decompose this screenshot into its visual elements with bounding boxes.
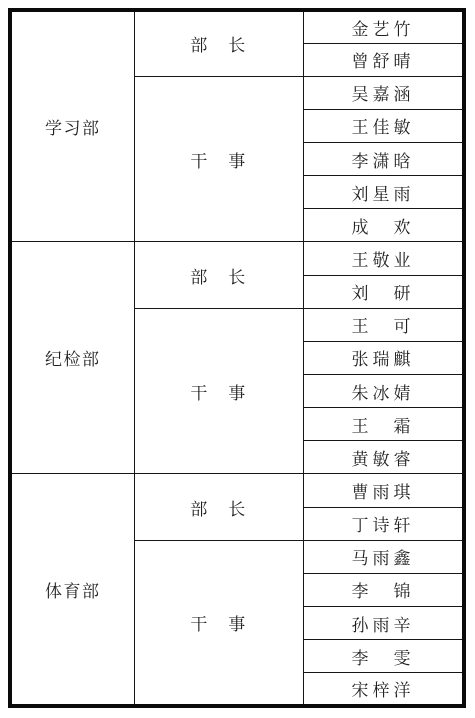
member-cell: 丁诗轩: [304, 507, 464, 540]
member-cell: 马雨鑫: [304, 540, 464, 573]
member-cell: 曾舒晴: [304, 43, 464, 76]
member-cell: 张瑞麒: [304, 341, 464, 374]
member-cell: 宋梓洋: [304, 673, 464, 706]
org-structure-table: 学习部 部 长 金艺竹 曾舒晴 干 事 吴嘉涵 王佳敏 李潇晗 刘星雨 成 欢: [8, 8, 466, 708]
member-cell: 李 雯: [304, 640, 464, 673]
role-cell: 部 长: [134, 474, 303, 540]
member-cell: 王 可: [304, 308, 464, 341]
member-cell: 李潇晗: [304, 143, 464, 176]
table-row: 体育部 部 长 曹雨琪: [10, 474, 464, 507]
role-cell: 干 事: [134, 540, 303, 706]
member-cell: 曹雨琪: [304, 474, 464, 507]
role-cell: 干 事: [134, 308, 303, 474]
role-cell: 部 长: [134, 10, 303, 76]
member-cell: 刘星雨: [304, 176, 464, 209]
department-cell: 纪检部: [10, 242, 134, 474]
table-row: 纪检部 部 长 王敬业: [10, 242, 464, 275]
member-cell: 黄敏睿: [304, 441, 464, 474]
role-cell: 干 事: [134, 76, 303, 242]
member-cell: 成 欢: [304, 209, 464, 242]
member-cell: 王佳敏: [304, 109, 464, 142]
member-cell: 孙雨辛: [304, 607, 464, 640]
member-cell: 吴嘉涵: [304, 76, 464, 109]
role-cell: 部 长: [134, 242, 303, 308]
member-cell: 李 锦: [304, 573, 464, 606]
member-cell: 金艺竹: [304, 10, 464, 43]
table-row: 学习部 部 长 金艺竹: [10, 10, 464, 43]
member-cell: 王敬业: [304, 242, 464, 275]
member-cell: 朱冰婧: [304, 375, 464, 408]
document-page: 学习部 部 长 金艺竹 曾舒晴 干 事 吴嘉涵 王佳敏 李潇晗 刘星雨 成 欢: [0, 0, 475, 718]
member-cell: 王 霜: [304, 408, 464, 441]
department-cell: 学习部: [10, 10, 134, 242]
member-cell: 刘 研: [304, 275, 464, 308]
department-cell: 体育部: [10, 474, 134, 706]
